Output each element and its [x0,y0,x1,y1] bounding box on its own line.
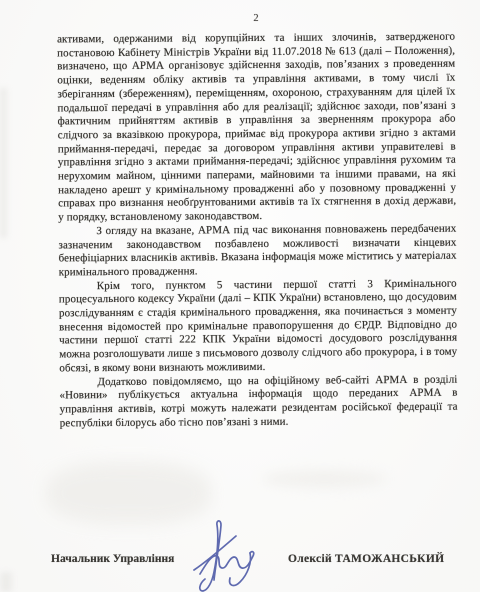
scanned-document-page: 2 активами, одержаними від корупційних т… [0,0,480,592]
paragraph: З огляду на вказане, АРМА під час викона… [58,222,456,280]
paragraph: Додатково повідомляємо, що на офіційному… [59,373,457,431]
page-number: 2 [57,13,455,24]
paragraph: активами, одержаними від корупційних та … [57,31,456,226]
document-body: активами, одержаними від корупційних та … [57,31,458,431]
scan-artifact [262,470,387,488]
signer-name: Олексій ТАМОЖАНСЬКИЙ [288,553,444,565]
paragraph: Крім того, пунктом 5 частини першої стат… [59,277,458,376]
scan-artifact [0,88,7,238]
scan-artifact [0,572,12,592]
signer-title: Начальник Управління [51,553,174,565]
signature-ink-icon [186,514,268,592]
